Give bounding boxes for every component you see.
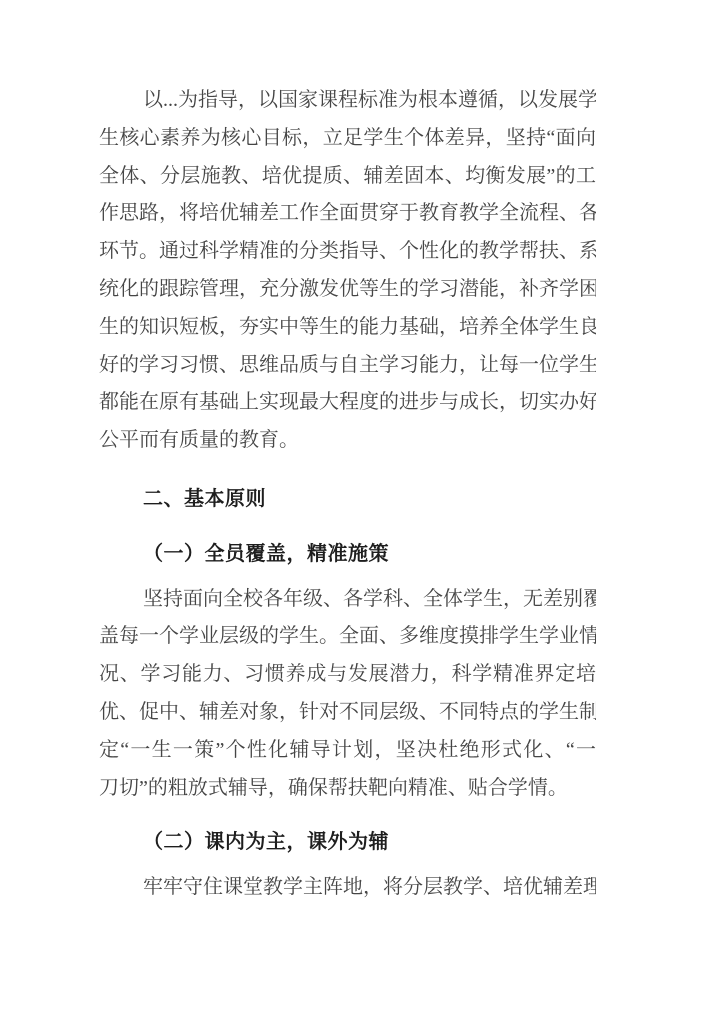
text-line: 坚持面向全校各年级、各学科、全体学生，无差别覆	[99, 581, 596, 619]
text-line: 全体、分层施教、培优提质、辅差固本、均衡发展”的工	[99, 158, 596, 196]
full-coverage-paragraph: 坚持面向全校各年级、各学科、全体学生，无差别覆盖每一个学业层级的学生。全面、多维…	[99, 581, 596, 808]
text-line: 以...为指导，以国家课程标准为根本遵循，以发展学	[99, 82, 596, 120]
text-line: 公平而有质量的教育。	[99, 422, 596, 460]
text-line: 刀切”的粗放式辅导，确保帮扶靶向精准、贴合学情。	[99, 770, 596, 808]
text-line: 定“一生一策”个性化辅导计划，坚决杜绝形式化、“一	[99, 732, 596, 770]
text-line: 都能在原有基础上实现最大程度的进步与成长，切实办好	[99, 384, 596, 422]
intro-paragraph: 以...为指导，以国家课程标准为根本遵循，以发展学生核心素养为核心目标，立足学生…	[99, 82, 596, 460]
text-line: 环节。通过科学精准的分类指导、个性化的教学帮扶、系	[99, 233, 596, 271]
subsection-heading-in-class-first: （二）课内为主，课外为辅	[99, 824, 596, 862]
section-heading-basic-principles: 二、基本原则	[99, 481, 596, 519]
document-content: 以...为指导，以国家课程标准为根本遵循，以发展学生核心素养为核心目标，立足学生…	[0, 0, 724, 907]
text-line: 统化的跟踪管理，充分激发优等生的学习潜能，补齐学困	[99, 271, 596, 309]
text-line: 作思路，将培优辅差工作全面贯穿于教育教学全流程、各	[99, 195, 596, 233]
text-line: 生核心素养为核心目标，立足学生个体差异，坚持“面向	[99, 120, 596, 158]
text-line: 好的学习习惯、思维品质与自主学习能力，让每一位学生	[99, 347, 596, 385]
text-line: 生的知识短板，夯实中等生的能力基础，培养全体学生良	[99, 309, 596, 347]
subsection-heading-full-coverage: （一）全员覆盖，精准施策	[99, 536, 596, 574]
text-line: 盖每一个学业层级的学生。全面、多维度摸排学生学业情	[99, 618, 596, 656]
text-line: 况、学习能力、习惯养成与发展潜力，科学精准界定培	[99, 656, 596, 694]
document-page: 以...为指导，以国家课程标准为根本遵循，以发展学生核心素养为核心目标，立足学生…	[0, 0, 724, 1024]
text-line: 优、促中、辅差对象，针对不同层级、不同特点的学生制	[99, 694, 596, 732]
text-line: 牢牢守住课堂教学主阵地，将分层教学、培优辅差理	[99, 869, 596, 907]
in-class-paragraph: 牢牢守住课堂教学主阵地，将分层教学、培优辅差理	[99, 869, 596, 907]
